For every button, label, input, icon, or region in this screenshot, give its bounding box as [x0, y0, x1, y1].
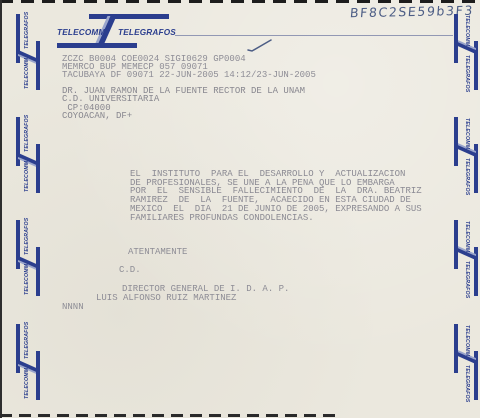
telecomm-wordmark: TELECOMM: [57, 28, 105, 37]
telegrafos-wordmark: TELEGRAFOS: [118, 28, 176, 37]
side-logo-right-2: TELECOMM TELEGRAFOS: [453, 117, 479, 193]
logo-bottom-bar: [454, 14, 458, 63]
logo-bottom-bar: [36, 144, 40, 193]
telegrafos-wordmark: TELEGRAFOS: [24, 12, 30, 49]
end-of-message-code: NNNN: [62, 302, 84, 312]
telegram-paper: BF8C2SE59b3F3 TELECOMM TELEGRAFOS ZCZC B…: [0, 0, 480, 418]
telecomm-wordmark: TELECOMM: [464, 15, 470, 46]
closing-line: ATENTAMENTE: [128, 247, 187, 257]
scan-top-edge: [0, 0, 480, 3]
telegrafos-wordmark: TELEGRAFOS: [24, 322, 30, 359]
logo-bottom-bar: [36, 41, 40, 90]
side-logo-left-2: TELECOMM TELEGRAFOS: [15, 117, 41, 193]
side-logo-left-1: TELECOMM TELEGRAFOS: [15, 14, 41, 90]
header-rule: [175, 35, 453, 36]
pen-checkmark: [246, 37, 274, 53]
scan-left-edge: [0, 0, 2, 418]
telecomm-wordmark: TELECOMM: [464, 325, 470, 356]
telegrafos-wordmark: TELEGRAFOS: [464, 261, 470, 298]
message-body: EL INSTITUTO PARA EL DESARROLLO Y ACTUAL…: [130, 170, 422, 222]
logo-bottom-bar: [454, 324, 458, 373]
logo-bottom-bar: [36, 351, 40, 400]
telegrafos-wordmark: TELEGRAFOS: [464, 158, 470, 195]
side-logo-right-4: TELECOMM TELEGRAFOS: [453, 324, 479, 400]
recipient-line: COYOACAN, DF+: [62, 112, 305, 120]
logo-bottom-bar: [36, 247, 40, 296]
telegrafos-wordmark: TELEGRAFOS: [464, 365, 470, 402]
side-logo-right-1: TELECOMM TELEGRAFOS: [453, 14, 479, 90]
telecomm-wordmark: TELECOMM: [24, 368, 30, 399]
side-logo-left-3: TELECOMM TELEGRAFOS: [15, 220, 41, 296]
telegrafos-wordmark: TELEGRAFOS: [24, 115, 30, 152]
body-line: FAMILIARES PROFUNDAS CONDOLENCIAS.: [130, 214, 422, 223]
telegrafos-wordmark: TELEGRAFOS: [464, 55, 470, 92]
scan-bottom-edge: [0, 414, 335, 417]
telecomm-wordmark: TELECOMM: [464, 221, 470, 252]
telecomm-wordmark: TELECOMM: [464, 118, 470, 149]
recipient-block: DR. JUAN RAMON DE LA FUENTE RECTOR DE LA…: [62, 87, 305, 120]
side-logo-right-3: TELECOMM TELEGRAFOS: [453, 220, 479, 296]
telecomm-telegrafos-logo: TELECOMM TELEGRAFOS: [57, 12, 169, 49]
telecomm-wordmark: TELECOMM: [24, 161, 30, 192]
side-logo-left-4: TELECOMM TELEGRAFOS: [15, 324, 41, 400]
telegrafos-wordmark: TELEGRAFOS: [24, 218, 30, 255]
logo-bottom-bar: [57, 43, 137, 48]
logo-bottom-bar: [454, 220, 458, 269]
telecomm-wordmark: TELECOMM: [24, 58, 30, 89]
routing-block: ZCZC B0004 COE0024 SIGI0629 GP0004 MEMRC…: [62, 55, 316, 79]
signature-name: LUIS ALFONSO RUIZ MARTINEZ: [96, 293, 236, 303]
routing-line: TACUBAYA DF 09071 22-JUN-2005 14:12/23-J…: [62, 71, 316, 79]
telecomm-wordmark: TELECOMM: [24, 264, 30, 295]
cc-line: C.D.: [119, 265, 141, 275]
logo-bottom-bar: [454, 117, 458, 166]
